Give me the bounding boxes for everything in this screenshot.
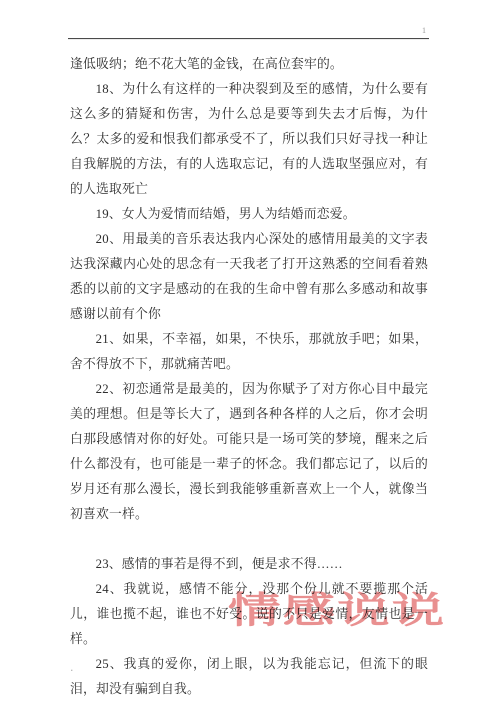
paragraph: 20、用最美的音乐表达我内心深处的感情用最美的文字表达我深藏内心处的思念有一天我… — [70, 227, 428, 327]
text-block: 逢低吸纳；绝不花大笔的金钱，在高位套牢的。18、为什么有这样的一种决裂到及至的感… — [70, 52, 428, 702]
paragraph: 24、我就说，感情不能分，没那个份儿就不要揽那个活儿，谁也揽不起，谁也不好受。说… — [70, 577, 428, 652]
page-bottom-speck: · — [70, 664, 74, 677]
paragraph: 23、感情的事若是得不到，便是求不得…… — [70, 552, 428, 577]
paragraph: 21、如果，不幸福，如果，不快乐，那就放手吧；如果，舍不得放不下，那就痛苦吧。 — [70, 327, 428, 377]
page-corner-mark: 1 — [422, 26, 426, 35]
paragraph: 25、我真的爱你，闭上眼，以为我能忘记，但流下的眼泪，却没有骗到自我。 — [70, 652, 428, 702]
paragraph: 22、初恋通常是最美的，因为你赋予了对方你心目中最完美的理想。但是等长大了，遇到… — [70, 377, 428, 527]
paragraph: 18、为什么有这样的一种决裂到及至的感情，为什么要有这么多的猜疑和伤害，为什么总… — [70, 77, 428, 202]
paragraph: 19、女人为爱情而结婚，男人为结婚而恋爱。 — [70, 202, 428, 227]
paragraph: 逢低吸纳；绝不花大笔的金钱，在高位套牢的。 — [70, 52, 428, 77]
document-page: 1 逢低吸纳；绝不花大笔的金钱，在高位套牢的。18、为什么有这样的一种决裂到及至… — [0, 0, 500, 708]
header-divider-line — [68, 38, 429, 39]
